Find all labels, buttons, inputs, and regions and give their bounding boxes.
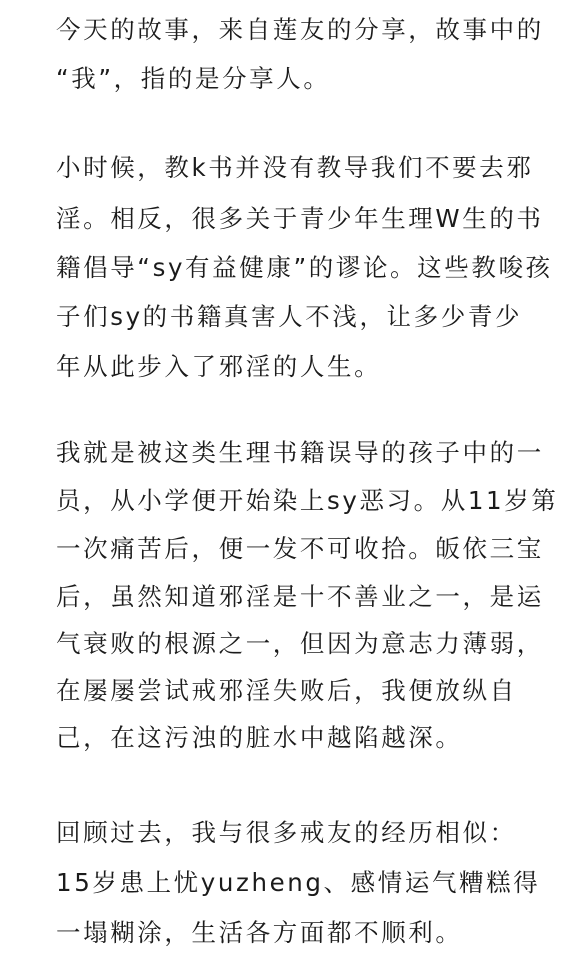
text-line: 淫。相反，很多关于青少年生理W生的书	[56, 204, 544, 234]
text-line: 我就是被这类生理书籍误导的孩子中的一	[56, 438, 544, 468]
text-line: 籍倡导“sy有益健康”的谬论。这些教唆孩	[56, 253, 553, 283]
text-line: 子们sy的书籍真害人不浅，让多少青少	[56, 302, 522, 332]
text-line: 在屡屡尝试戒邪淫失败后，我便放纵自	[56, 676, 517, 706]
text-line: 一塌糊涂，生活各方面都不顺利。	[56, 918, 463, 948]
text-line: 年从此步入了邪淫的人生。	[56, 352, 381, 382]
text-line: 员，从小学便开始染上sy恶习。从11岁第	[56, 486, 558, 516]
text-line: “我”，指的是分享人。	[56, 64, 330, 94]
text-line: 回顾过去，我与很多戒友的经历相似：	[56, 818, 517, 848]
text-line: 今天的故事，来自莲友的分享，故事中的	[56, 15, 544, 45]
text-line: 后，虽然知道邪淫是十不善业之一，是运	[56, 582, 544, 612]
text-line: 15岁患上忧yuzheng、感情运气糟糕得	[56, 868, 540, 898]
text-line: 气衰败的根源之一，但因为意志力薄弱，	[56, 629, 544, 659]
text-line: 一次痛苦后，便一发不可收拾。皈依三宝	[56, 534, 544, 564]
text-line: 小时候，教k书并没有教导我们不要去邪	[56, 153, 534, 183]
text-line: 己，在这污浊的脏水中越陷越深。	[56, 723, 463, 753]
